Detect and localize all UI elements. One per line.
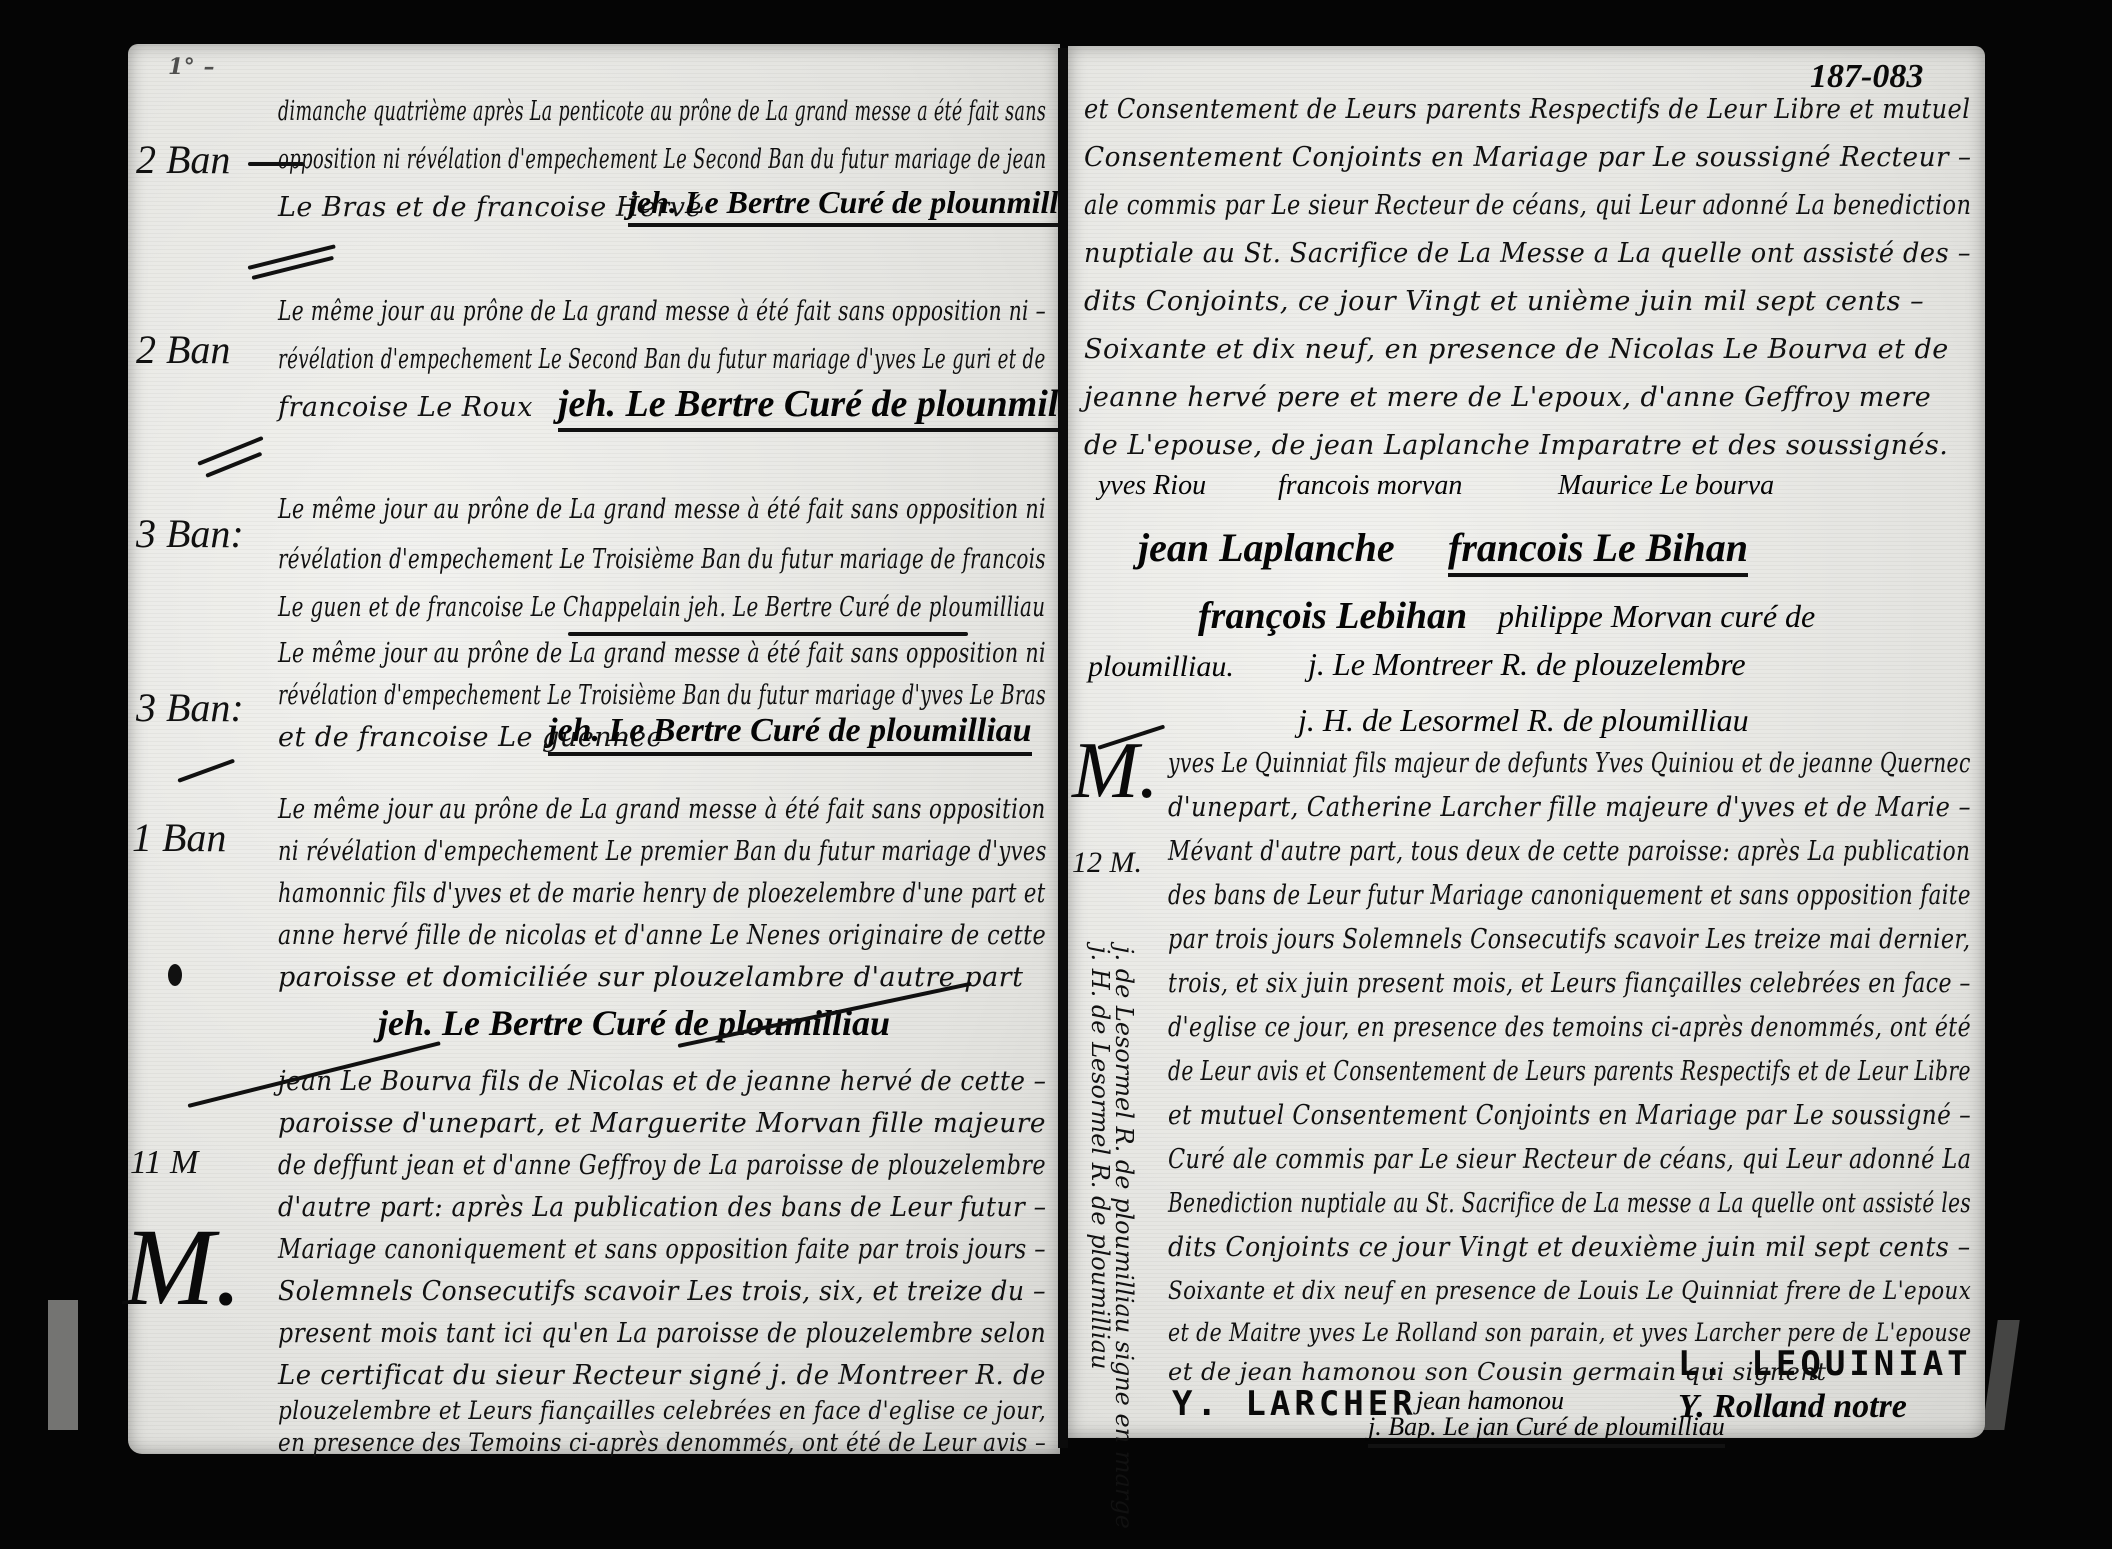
margin-label: 11 M [130, 1144, 198, 1182]
marriage-initial-m: M. [1072, 726, 1159, 817]
entry-line: d'autre part: après La publication des b… [278, 1192, 1047, 1223]
entry-line: révélation d'empechement Le Troisième Ba… [278, 544, 1046, 575]
entry-line: Mévant d'autre part, tous deux de cette … [1168, 836, 1970, 867]
entry-line: d'unepart, Catherine Larcher fille majeu… [1168, 792, 1971, 823]
margin-label: 3 Ban: [136, 684, 244, 731]
margin-label: 2 Ban [136, 136, 230, 183]
entry-line: plouzelembre et Leurs fiançailles celebr… [278, 1396, 1046, 1425]
signature-ploumilliau: ploumilliau. [1088, 650, 1234, 684]
signature-yves-riou: yves Riou [1098, 470, 1206, 502]
entry-line: par trois jours Solemnels Consecutifs sc… [1168, 924, 1971, 955]
entry-line: et mutuel Consentement Conjoints en Mari… [1168, 1100, 1971, 1131]
entry-line: Soixante et dix neuf, en presence de Nic… [1084, 334, 1949, 365]
entry-line: d'eglise ce jour, en presence des temoin… [1168, 1012, 1971, 1043]
entry-line: révélation d'empechement Le Second Ban d… [278, 344, 1046, 375]
signature-francois-morvan: francois morvan [1278, 470, 1462, 502]
entry-line: ni révélation d'empechement Le premier B… [278, 836, 1047, 867]
entry-line: ale commis par Le sieur Recteur de céans… [1084, 190, 1971, 221]
signature: jeh. Le Bertre Curé de ploumilliau [378, 1002, 890, 1044]
signature-le-montreer: j. Le Montreer R. de plouzelembre [1308, 646, 1746, 683]
entry-line: opposition ni révélation d'empechement L… [278, 144, 1046, 175]
entry-line: de L'epouse, de jean Laplanche Imparatre… [1084, 430, 1948, 461]
corner-mark: 1° – [168, 54, 215, 80]
signature-flourish [568, 632, 968, 636]
entry-line: Le même jour au prône de La grand messe … [278, 794, 1046, 825]
margin-label: 12 M. [1072, 846, 1142, 880]
page-number: 187-083 [1810, 58, 1923, 96]
entry-line: de Leur avis et Consentement de Leurs pa… [1168, 1056, 1971, 1087]
entry-line: Le même jour au prône de La grand messe … [278, 638, 1046, 669]
signature-philippe-morvan: philippe Morvan curé de [1498, 598, 1815, 635]
entry-line: Le certificat du sieur Recteur signé j. … [278, 1360, 1046, 1391]
entry-line: anne hervé fille de nicolas et d'anne Le… [278, 920, 1046, 951]
entry-line: Mariage canoniquement et sans opposition… [278, 1234, 1046, 1265]
entry-line: Le guen et de francoise Le Chappelain je… [278, 592, 1045, 623]
separator-stroke [177, 759, 235, 783]
margin-label: 1 Ban [132, 814, 226, 861]
entry-line: jeanne hervé pere et mere de L'epoux, d'… [1084, 382, 1931, 413]
signature-jean-laplanche: jean Laplanche [1138, 524, 1395, 571]
entry-line: Benediction nuptiale au St. Sacrifice de… [1168, 1188, 1971, 1219]
signature: jeh. Le Bertre Curé de ploumilliau [548, 712, 1032, 756]
book-spine [1058, 48, 1068, 1448]
entry-line: Curé ale commis par Le sieur Recteur de … [1168, 1144, 1971, 1175]
entry-line: Solemnels Consecutifs scavoir Les trois,… [278, 1276, 1046, 1307]
entry-line: hamonnic fils d'yves et de marie henry d… [278, 878, 1046, 909]
margin-note-vertical: j. H. de Lesormel R. de ploumilliau [1086, 946, 1114, 1369]
entry-line: francoise Le Roux [278, 392, 533, 423]
entry-line: en presence des Temoins ci-après denommé… [278, 1428, 1046, 1457]
entry-line: nuptiale au St. Sacrifice de La Messe a … [1084, 238, 1971, 269]
entry-line: dits Conjoints ce jour Vingt et deuxième… [1168, 1232, 1971, 1263]
marriage-initial-m: M. [123, 1204, 242, 1331]
entry-line: Le même jour au prône de La grand messe … [278, 494, 1046, 525]
entry-line: paroisse et domiciliée sur plouzelambre … [278, 962, 1023, 993]
signature-de-lesormel: j. H. de Lesormel R. de ploumilliau [1298, 702, 1749, 739]
entry-line: trois, et six juin present mois, et Leur… [1168, 968, 1971, 999]
entry-line: paroisse d'unepart, et Marguerite Morvan… [278, 1108, 1046, 1139]
entry-line: yves Le Quinniat fils majeur de defunts … [1168, 748, 1971, 779]
entry-line: present mois tant ici qu'en La paroisse … [278, 1318, 1046, 1349]
entry-line: révélation d'empechement Le Troisième Ba… [278, 680, 1046, 711]
entry-line: dits Conjoints, ce jour Vingt et unième … [1084, 286, 1924, 317]
entry-line: de deffunt jean et d'anne Geffroy de La … [278, 1150, 1046, 1181]
entry-line: Soixante et dix neuf en presence de Loui… [1168, 1276, 1971, 1305]
entry-line: Le même jour au prône de La grand messe … [278, 296, 1046, 327]
signature: jeh. Le Bertre Curé de plounmilliau [558, 382, 1120, 432]
signature-francois-lebihan: françois Lebihan [1198, 594, 1467, 638]
signature-francois-le-bihan: francois Le Bihan [1448, 524, 1748, 577]
entry-line: et de Maitre yves Le Rolland son parain,… [1168, 1318, 1972, 1347]
separator-stroke [197, 436, 263, 466]
entry-line: jean Le Bourva fils de Nicolas et de jea… [278, 1066, 1046, 1097]
left-page: 1° – 2 Ban dimanche quatrième après La p… [128, 44, 1060, 1454]
signature: jeh. Le Bertre Curé de plounmilliau [628, 184, 1101, 227]
entry-line: des bans de Leur futur Mariage canonique… [1168, 880, 1971, 911]
page-edge-left [48, 1300, 78, 1430]
separator-stroke [252, 256, 334, 280]
signature-lequiniat: L. LEQUINIAT [1678, 1344, 1972, 1384]
right-page: 187-083 et Consentement de Leurs parents… [1068, 46, 1985, 1438]
entry-line: dimanche quatrième après La penticote au… [278, 96, 1046, 127]
entry-line: Consentement Conjoints en Mariage par Le… [1084, 142, 1972, 173]
page-edge-right [1982, 1320, 2019, 1430]
margin-label: 2 Ban [136, 326, 230, 373]
margin-label: 3 Ban: [136, 510, 244, 557]
signature-maurice-le-bourva: Maurice Le bourva [1558, 470, 1774, 502]
margin-note-vertical: j. de Lesormel R. de ploumilliau signe e… [1110, 946, 1138, 1529]
signature-le-jan-cure: j. Bap. Le jan Curé de ploumilliau [1368, 1412, 1725, 1448]
entry-line: et Consentement de Leurs parents Respect… [1084, 94, 1970, 125]
ink-blot [168, 964, 182, 986]
